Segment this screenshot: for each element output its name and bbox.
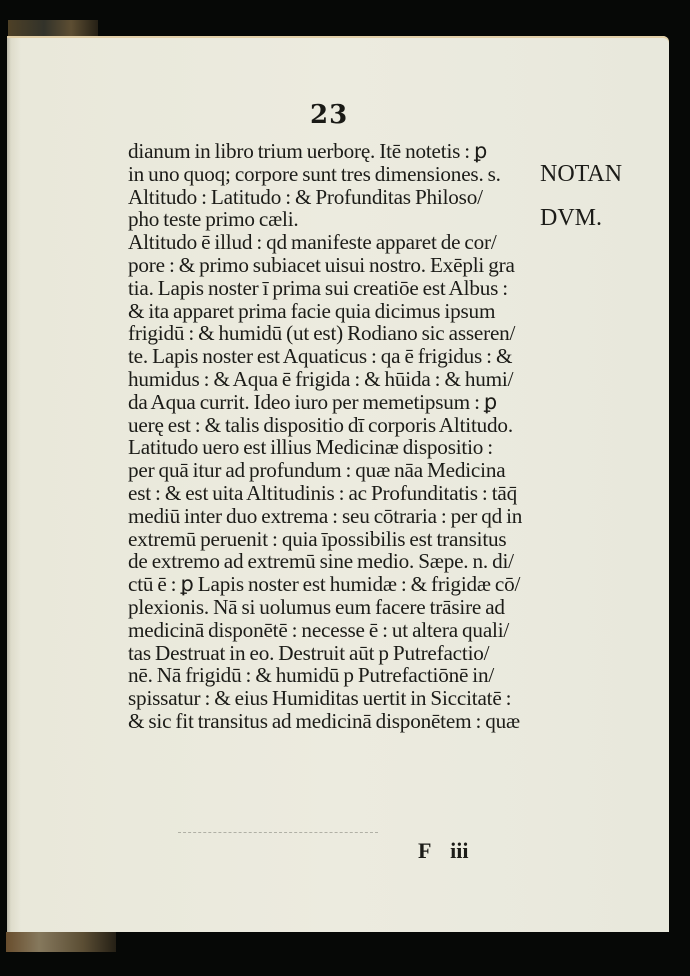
marginal-note-line: NOTAN [540,152,622,196]
text-line: plexionis. Nā si uolumus eum facere trās… [128,596,528,619]
book-spine-edge-top [8,20,98,36]
faint-rule [178,832,378,833]
text-line: de extremo ad extremū sine medio. Sæpe. … [128,550,528,573]
text-line: pho teste primo cæli. [128,208,528,231]
text-line: ctū ē : ꝑ Lapis noster est humidæ : & fr… [128,573,528,596]
page-number: 23 [310,100,348,130]
body-text: dianum in libro trium uerborę. Itē notet… [128,140,528,733]
text-line: te. Lapis noster est Aquaticus : qa ē fr… [128,345,528,368]
text-line-initial: Altitudo ē illud : qd manifeste apparet … [128,231,528,254]
scanned-book-page: 23 dianum in libro trium uerborę. Itē no… [0,0,690,976]
text-line: frigidū : & humidū (ut est) Rodiano sic … [128,322,528,345]
text-line: mediū inter duo extrema : seu cōtraria :… [128,505,528,528]
text-line: tas Destruat in eo. Destruit aūt p Putre… [128,642,528,665]
text-line: est : & est uita Altitudinis : ac Profun… [128,482,528,505]
text-line: & sic fit transitus ad medicinā disponēt… [128,710,528,733]
text-line: uerę est : & talis dispositio dī corpori… [128,414,528,437]
text-line: & ita apparet prima facie quia dicimus i… [128,300,528,323]
signature-mark: F iii [418,838,468,864]
text-line: in uno quoq; corpore sunt tres dimension… [128,163,528,186]
text-line-initial: Latitudo uero est illius Medicinæ dispos… [128,436,528,459]
text-line: dianum in libro trium uerborę. Itē notet… [128,140,528,163]
text-line: spissatur : & eius Humiditas uertit in S… [128,687,528,710]
text-line: tia. Lapis noster ī prima sui creatiōe e… [128,277,528,300]
book-spine-edge-bottom [6,932,116,952]
text-line: da Aqua currit. Ideo iuro per memetipsum… [128,391,528,414]
marginal-note: NOTAN DVM. [540,152,622,240]
text-line: per quā itur ad profundum : quæ nāa Medi… [128,459,528,482]
marginal-note-line: DVM. [540,196,622,240]
text-line: Altitudo : Latitudo : & Profunditas Phil… [128,186,528,209]
text-line: pore : & primo subiacet uisui nostro. Ex… [128,254,528,277]
text-line: medicinā disponētē : necesse ē : ut alte… [128,619,528,642]
text-line: nē. Nā frigidū : & humidū p Putrefactiōn… [128,664,528,687]
text-line: humidus : & Aqua ē frigida : & hūida : &… [128,368,528,391]
text-line: extremū peruenit : quia īpossibilis est … [128,528,528,551]
